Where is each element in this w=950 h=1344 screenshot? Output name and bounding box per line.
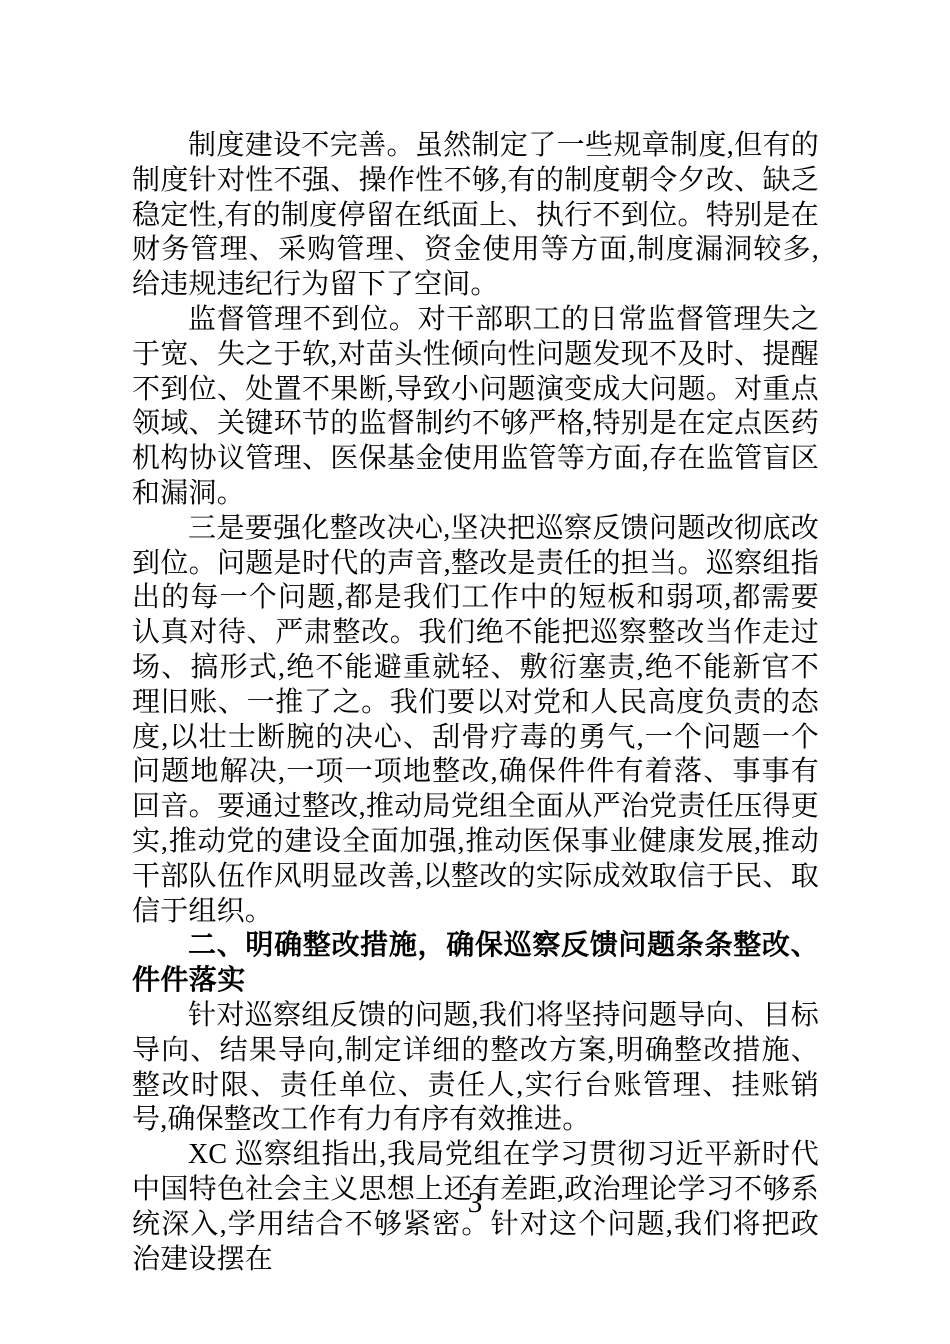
para-rectification-measures: 针对巡察组反馈的问题,我们将坚持问题导向、目标导向、结果导向,制定详细的整改方案…	[132, 999, 819, 1138]
para-supervision-management: 监督管理不到位。对干部职工的日常监督管理失之于宽、失之于软,对苗头性倾向性问题发…	[132, 303, 819, 512]
heading-section-two: 二、明确整改措施，确保巡察反馈问题条条整改、件件落实	[132, 929, 819, 999]
document-page: 制度建设不完善。虽然制定了一些规章制度,但有的制度针对性不强、操作性不够,有的制…	[0, 0, 950, 1344]
para-rectification-resolve: 三是要强化整改决心,坚决把巡察反馈问题改彻底改到位。问题是时代的声音,整改是责任…	[132, 512, 819, 930]
document-body: 制度建设不完善。虽然制定了一些规章制度,但有的制度针对性不强、操作性不够,有的制…	[132, 129, 819, 1277]
page-number: 3	[0, 1186, 950, 1220]
para-institution-building: 制度建设不完善。虽然制定了一些规章制度,但有的制度针对性不强、操作性不够,有的制…	[132, 129, 819, 303]
